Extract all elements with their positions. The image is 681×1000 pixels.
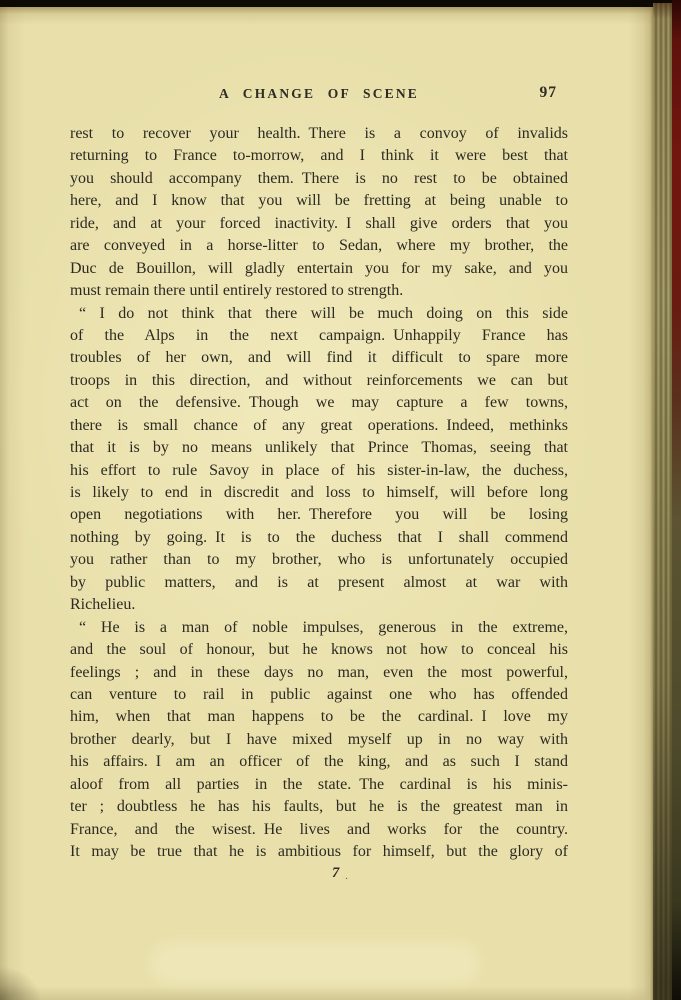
- text-line: open negotiations with her. Therefore yo…: [70, 504, 568, 526]
- text-line: can venture to rail in public against on…: [70, 684, 568, 706]
- text-line: brother dearly, but I have mixed myself …: [70, 729, 568, 751]
- text-line: his affairs. I am an officer of the king…: [70, 751, 568, 773]
- text-line: there is small chance of any great opera…: [70, 415, 568, 437]
- text-line: “ He is a man of noble impulses, generou…: [70, 617, 568, 639]
- chapter-title: A CHANGE OF SCENE: [70, 86, 568, 102]
- text-line: act on the defensive. Though we may capt…: [70, 392, 568, 414]
- signature-mark: 7: [332, 865, 339, 881]
- text-line: is likely to end in discredit and loss t…: [70, 482, 568, 504]
- text-line: France, and the wisest. He lives and wor…: [70, 819, 568, 841]
- text-line: are conveyed in a horse-litter to Sedan,…: [70, 235, 568, 257]
- paragraph: rest to recover your health. There is a …: [70, 123, 568, 303]
- paragraph: “ I do not think that there will be much…: [70, 303, 568, 617]
- text-line: his effort to rule Savoy in place of his…: [70, 460, 568, 482]
- book-page: A CHANGE OF SCENE 97 rest to recover you…: [0, 7, 653, 1000]
- text-line: of the Alps in the next campaign. Unhapp…: [70, 325, 568, 347]
- paper-light-streak: [150, 942, 480, 984]
- paragraph: “ He is a man of noble impulses, generou…: [70, 617, 568, 864]
- text-line: ride, and at your forced inactivity. I s…: [70, 213, 568, 235]
- text-line: and the soul of honour, but he knows not…: [70, 639, 568, 661]
- text-line: must remain there until entirely restore…: [70, 280, 568, 302]
- footer: 7.: [70, 864, 568, 882]
- text-line: “ I do not think that there will be much…: [70, 303, 568, 325]
- text-line: troops in this direction, and without re…: [70, 370, 568, 392]
- text-line: returning to France to-morrow, and I thi…: [70, 145, 568, 167]
- text-line: aloof from all parties in the state. The…: [70, 774, 568, 796]
- text-line: you should accompany them. There is no r…: [70, 168, 568, 190]
- book-fore-edge-pages: [653, 3, 672, 1000]
- text-line: rest to recover your health. There is a …: [70, 123, 568, 145]
- page-corner-shadow: [0, 966, 42, 1000]
- signature-dot: .: [345, 870, 348, 882]
- text-line: Richelieu.: [70, 594, 568, 616]
- text-line: troubles of her own, and will find it di…: [70, 347, 568, 369]
- text-line: nothing by going. It is to the duchess t…: [70, 527, 568, 549]
- running-header: A CHANGE OF SCENE 97: [70, 86, 568, 106]
- text-line: Duc de Bouillon, will gladly entertain y…: [70, 258, 568, 280]
- text-line: feelings ; and in these days no man, eve…: [70, 662, 568, 684]
- text-line: him, when that man happens to be the car…: [70, 706, 568, 728]
- text-block: rest to recover your health. There is a …: [70, 123, 568, 863]
- text-line: that it is by no means unlikely that Pri…: [70, 437, 568, 459]
- text-line: ter ; doubtless he has his faults, but h…: [70, 796, 568, 818]
- text-line: you rather than to my brother, who is un…: [70, 549, 568, 571]
- text-line: It may be true that he is ambitious for …: [70, 841, 568, 863]
- text-line: by public matters, and is at present alm…: [70, 572, 568, 594]
- text-line: here, and I know that you will be fretti…: [70, 190, 568, 212]
- book-cover-edge: [672, 0, 681, 1000]
- page-number: 97: [540, 84, 558, 102]
